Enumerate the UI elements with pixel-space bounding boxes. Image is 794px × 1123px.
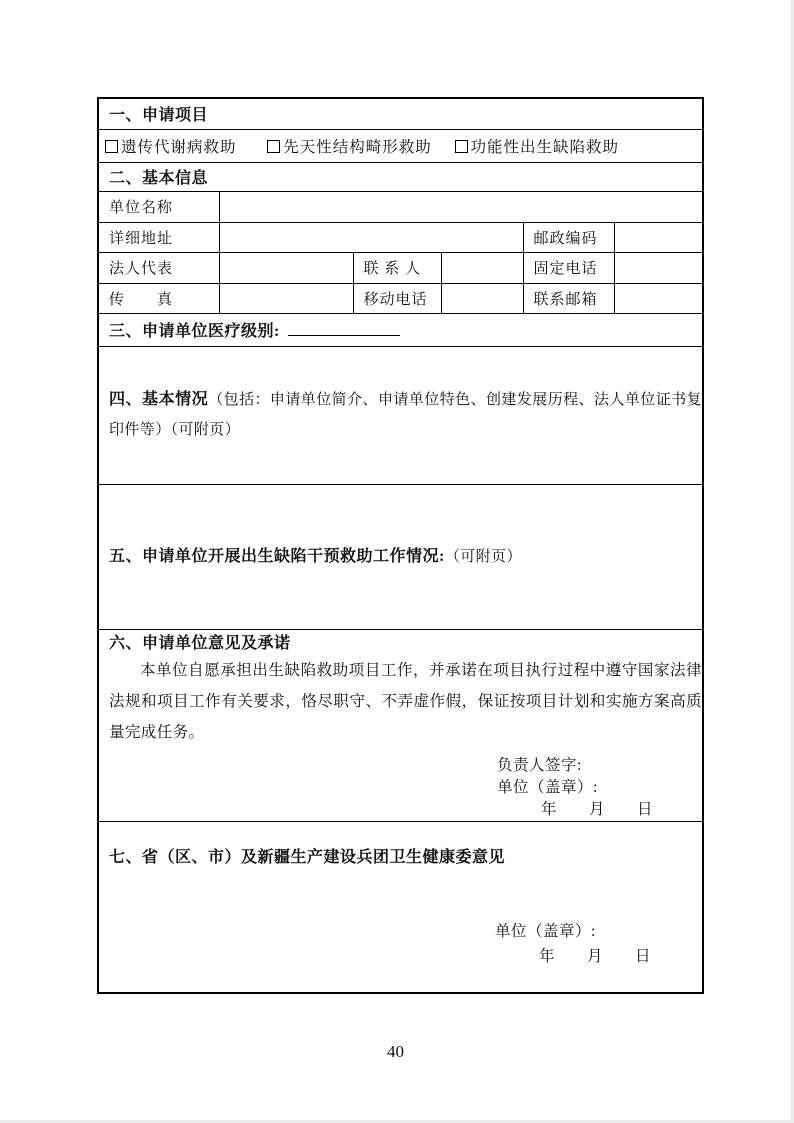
legal-rep-field[interactable] bbox=[219, 252, 353, 283]
date-line: 年 月 日 bbox=[497, 799, 702, 821]
landline-label: 固定电话 bbox=[523, 252, 614, 283]
postal-label: 邮政编码 bbox=[523, 222, 614, 252]
section2-title: 二、基本信息 bbox=[109, 170, 208, 187]
section6-signature-block: 负责人签字: 单位（盖章）: 年 月 日 bbox=[497, 755, 702, 821]
responsible-signature-label: 负责人签字: bbox=[497, 755, 702, 777]
section4-title: 四、基本情况 bbox=[109, 391, 208, 408]
checkbox-congenital-structural-icon[interactable] bbox=[267, 140, 280, 153]
option-genetic-metabolic: 遗传代谢病救助 bbox=[105, 139, 237, 156]
section2-header: 二、基本信息 bbox=[98, 162, 703, 191]
section5-cell: 五、申请单位开展出生缺陷干预救助工作情况:（可附页） bbox=[98, 484, 703, 629]
unit-seal-label: 单位（盖章）: bbox=[495, 919, 702, 944]
email-label: 联系邮箱 bbox=[523, 283, 614, 313]
medical-level-blank-field[interactable] bbox=[288, 321, 400, 336]
option-congenital-structural: 先天性结构畸形救助 bbox=[267, 139, 432, 156]
unit-name-field[interactable] bbox=[219, 191, 703, 222]
contact-label: 联 系 人 bbox=[353, 252, 441, 283]
address-field[interactable] bbox=[219, 222, 523, 252]
section6-title: 六、申请单位意见及承诺 bbox=[109, 630, 702, 653]
option-congenital-structural-label: 先天性结构畸形救助 bbox=[283, 139, 432, 156]
page-number: 40 bbox=[0, 1042, 791, 1062]
section5-text: 五、申请单位开展出生缺陷干预救助工作情况:（可附页） bbox=[109, 542, 702, 572]
application-form-table: 一、申请项目 遗传代谢病救助 先天性结构畸形救助 功能性出生缺陷救助 二、基本信… bbox=[97, 97, 704, 994]
option-functional-defect-label: 功能性出生缺陷救助 bbox=[471, 139, 620, 156]
section4-cell: 四、基本情况（包括：申请单位简介、申请单位特色、创建发展历程、法人单位证书复印件… bbox=[98, 346, 703, 484]
mobile-label: 移动电话 bbox=[353, 283, 441, 313]
section6-cell: 六、申请单位意见及承诺 本单位自愿承担出生缺陷救助项目工作，并承诺在项目执行过程… bbox=[98, 629, 703, 821]
section7-signature-block: 单位（盖章）: 年 月 日 bbox=[495, 919, 702, 969]
project-options-row: 遗传代谢病救助 先天性结构畸形救助 功能性出生缺陷救助 bbox=[98, 129, 703, 162]
option-genetic-metabolic-label: 遗传代谢病救助 bbox=[121, 139, 237, 156]
fax-label: 传 真 bbox=[98, 283, 219, 313]
section4-text: 四、基本情况（包括：申请单位简介、申请单位特色、创建发展历程、法人单位证书复印件… bbox=[109, 385, 702, 445]
fax-field[interactable] bbox=[219, 283, 353, 313]
section5-title: 五、申请单位开展出生缺陷干预救助工作情况: bbox=[109, 548, 445, 565]
section5-note: （可附页） bbox=[445, 549, 522, 565]
email-field[interactable] bbox=[614, 283, 703, 313]
mobile-field[interactable] bbox=[441, 283, 523, 313]
unit-seal-label: 单位（盖章）: bbox=[497, 777, 702, 799]
commitment-text: 本单位自愿承担出生缺陷救助项目工作，并承诺在项目执行过程中遵守国家法律法规和项目… bbox=[109, 655, 702, 748]
checkbox-genetic-metabolic-icon[interactable] bbox=[105, 140, 118, 153]
section3-title: 三、申请单位医疗级别: bbox=[109, 323, 280, 340]
section3-row: 三、申请单位医疗级别: bbox=[98, 313, 703, 346]
postal-field[interactable] bbox=[614, 222, 703, 252]
option-functional-defect: 功能性出生缺陷救助 bbox=[455, 139, 620, 156]
section1-title: 一、申请项目 bbox=[109, 107, 208, 124]
legal-rep-label: 法人代表 bbox=[98, 252, 219, 283]
section7-title: 七、省（区、市）及新疆生产建设兵团卫生健康委意见 bbox=[109, 844, 702, 867]
contact-field[interactable] bbox=[441, 252, 523, 283]
address-label: 详细地址 bbox=[98, 222, 219, 252]
date-line: 年 月 日 bbox=[495, 944, 702, 969]
landline-field[interactable] bbox=[614, 252, 703, 283]
checkbox-functional-defect-icon[interactable] bbox=[455, 140, 468, 153]
section7-cell: 七、省（区、市）及新疆生产建设兵团卫生健康委意见 单位（盖章）: 年 月 日 bbox=[98, 821, 703, 993]
unit-name-label: 单位名称 bbox=[98, 191, 219, 222]
document-page: 一、申请项目 遗传代谢病救助 先天性结构畸形救助 功能性出生缺陷救助 二、基本信… bbox=[0, 0, 794, 1123]
section1-header: 一、申请项目 bbox=[98, 98, 703, 129]
